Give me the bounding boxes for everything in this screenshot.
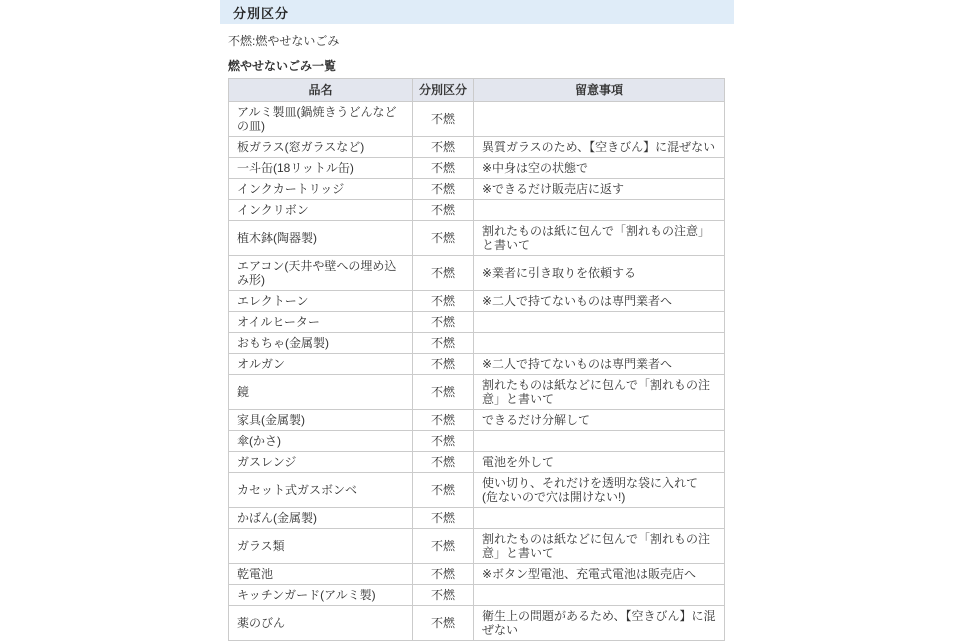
note-cell: できるだけ分解して — [474, 410, 725, 431]
note-cell: 割れたものは紙などに包んで「割れもの注意」と書いて — [474, 375, 725, 410]
item-name-cell: かばん(金属製) — [229, 508, 413, 529]
item-name-cell: 鏡 — [229, 375, 413, 410]
note-cell: 割れたものは紙などに包んで「割れもの注意」と書いて — [474, 529, 725, 541]
table-row: インクリボン不燃 — [229, 200, 725, 221]
note-cell: 使い切り、それだけを透明な袋に入れて (危ないので穴は開けない!) — [474, 473, 725, 508]
item-name-cell: ガラス類 — [229, 529, 413, 541]
table-row: おもちゃ(金属製)不燃 — [229, 333, 725, 354]
note-cell: ※二人で持てないものは専門業者へ — [474, 291, 725, 312]
item-name-cell: オルガン — [229, 354, 413, 375]
table-row: かばん(金属製)不燃 — [229, 508, 725, 529]
table-row: エアコン(天井や壁への埋め込み形)不燃※業者に引き取りを依頼する — [229, 256, 725, 291]
item-name-cell: 一斗缶(18リットル缶) — [229, 158, 413, 179]
item-name-cell: 家具(金属製) — [229, 410, 413, 431]
table-row: 一斗缶(18リットル缶)不燃※中身は空の状態で — [229, 158, 725, 179]
category-cell: 不燃 — [413, 291, 474, 312]
column-header-notes: 留意事項 — [474, 79, 725, 102]
category-cell: 不燃 — [413, 431, 474, 452]
table-title: 燃やせないごみ一覧 — [228, 59, 726, 74]
section-title: 分別区分 — [233, 3, 289, 22]
table-row: オイルヒーター不燃 — [229, 312, 725, 333]
item-name-cell: 植木鉢(陶器製) — [229, 221, 413, 256]
category-cell: 不燃 — [413, 508, 474, 529]
table-row: 家具(金属製)不燃できるだけ分解して — [229, 410, 725, 431]
note-cell: ※業者に引き取りを依頼する — [474, 256, 725, 291]
table-header-row: 品名 分別区分 留意事項 — [229, 79, 725, 102]
category-cell: 不燃 — [413, 410, 474, 431]
table-body: アルミ製皿(鍋焼きうどんなどの皿)不燃板ガラス(窓ガラスなど)不燃異質ガラスのた… — [229, 102, 725, 541]
page-content: 分別区分 不燃:燃やせないごみ 燃やせないごみ一覧 品名 分別区分 留意事項 ア… — [220, 0, 734, 540]
table-row: 植木鉢(陶器製)不燃割れたものは紙に包んで「割れもの注意」と書いて — [229, 221, 725, 256]
category-cell: 不燃 — [413, 375, 474, 410]
note-cell — [474, 200, 725, 221]
category-definition-text: 不燃:燃やせないごみ — [228, 34, 726, 49]
category-cell: 不燃 — [413, 158, 474, 179]
category-cell: 不燃 — [413, 529, 474, 541]
category-cell: 不燃 — [413, 354, 474, 375]
item-name-cell: ガスレンジ — [229, 452, 413, 473]
category-cell: 不燃 — [413, 137, 474, 158]
category-cell: 不燃 — [413, 333, 474, 354]
table-row: ガスレンジ不燃電池を外して — [229, 452, 725, 473]
item-name-cell: オイルヒーター — [229, 312, 413, 333]
note-cell: 電池を外して — [474, 452, 725, 473]
table-row: カセット式ガスボンベ不燃使い切り、それだけを透明な袋に入れて (危ないので穴は開… — [229, 473, 725, 508]
table-row: アルミ製皿(鍋焼きうどんなどの皿)不燃 — [229, 102, 725, 137]
note-cell: 割れたものは紙に包んで「割れもの注意」と書いて — [474, 221, 725, 256]
item-name-cell: アルミ製皿(鍋焼きうどんなどの皿) — [229, 102, 413, 137]
note-cell: 異質ガラスのため、【空きびん】に混ぜない — [474, 137, 725, 158]
table-row: インクカートリッジ不燃※できるだけ販売店に返す — [229, 179, 725, 200]
table-row: 板ガラス(窓ガラスなど)不燃異質ガラスのため、【空きびん】に混ぜない — [229, 137, 725, 158]
note-cell — [474, 508, 725, 529]
section-header-bar: 分別区分 — [220, 0, 734, 24]
item-name-cell: インクカートリッジ — [229, 179, 413, 200]
item-name-cell: インクリボン — [229, 200, 413, 221]
note-cell — [474, 102, 725, 137]
note-cell — [474, 312, 725, 333]
category-cell: 不燃 — [413, 200, 474, 221]
column-header-item-name: 品名 — [229, 79, 413, 102]
note-cell: ※できるだけ販売店に返す — [474, 179, 725, 200]
category-cell: 不燃 — [413, 256, 474, 291]
table-row: 鏡不燃割れたものは紙などに包んで「割れもの注意」と書いて — [229, 375, 725, 410]
item-name-cell: おもちゃ(金属製) — [229, 333, 413, 354]
item-name-cell: エレクトーン — [229, 291, 413, 312]
category-cell: 不燃 — [413, 221, 474, 256]
note-cell — [474, 333, 725, 354]
section-body: 不燃:燃やせないごみ 燃やせないごみ一覧 品名 分別区分 留意事項 アルミ製皿(… — [220, 34, 734, 540]
non-burnable-garbage-table: 品名 分別区分 留意事項 アルミ製皿(鍋焼きうどんなどの皿)不燃板ガラス(窓ガラ… — [228, 78, 725, 540]
table-row: ガラス類不燃割れたものは紙などに包んで「割れもの注意」と書いて — [229, 529, 725, 541]
table-row: エレクトーン不燃※二人で持てないものは専門業者へ — [229, 291, 725, 312]
item-name-cell: 傘(かさ) — [229, 431, 413, 452]
note-cell — [474, 431, 725, 452]
item-name-cell: 板ガラス(窓ガラスなど) — [229, 137, 413, 158]
category-cell: 不燃 — [413, 179, 474, 200]
note-cell: ※二人で持てないものは専門業者へ — [474, 354, 725, 375]
table-row: オルガン不燃※二人で持てないものは専門業者へ — [229, 354, 725, 375]
category-cell: 不燃 — [413, 312, 474, 333]
category-cell: 不燃 — [413, 102, 474, 137]
table-row: 傘(かさ)不燃 — [229, 431, 725, 452]
category-cell: 不燃 — [413, 473, 474, 508]
item-name-cell: カセット式ガスボンベ — [229, 473, 413, 508]
note-cell: ※中身は空の状態で — [474, 158, 725, 179]
item-name-cell: エアコン(天井や壁への埋め込み形) — [229, 256, 413, 291]
column-header-category: 分別区分 — [413, 79, 474, 102]
category-cell: 不燃 — [413, 452, 474, 473]
